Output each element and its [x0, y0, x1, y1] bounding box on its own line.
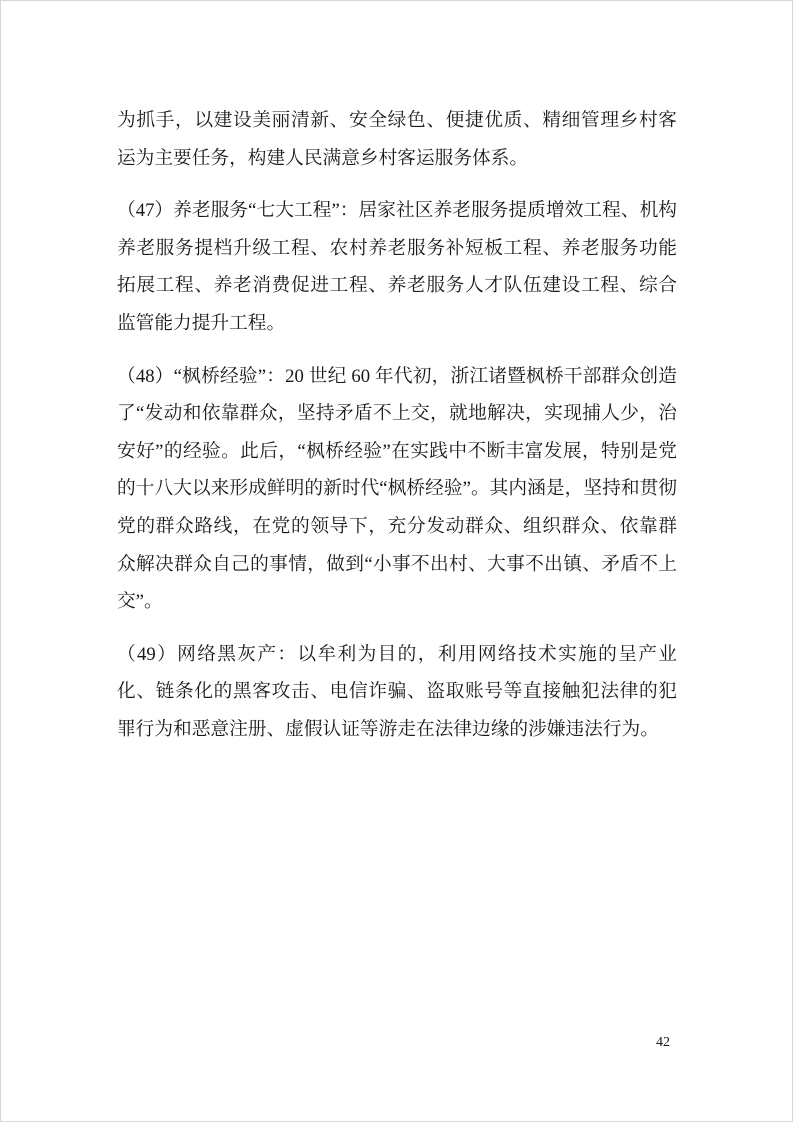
paragraph-term-48: （48）“枫桥经验”：20 世纪 60 年代初，浙江诸暨枫桥干部群众创造了“发动… — [117, 358, 677, 621]
document-page: 为抓手，以建设美丽清新、安全绿色、便捷优质、精细管理乡村客运为主要任务，构建人民… — [0, 0, 793, 1122]
page-number: 42 — [656, 1033, 670, 1053]
page-body-text: 为抓手，以建设美丽清新、安全绿色、便捷优质、精细管理乡村客运为主要任务，构建人民… — [117, 102, 677, 749]
paragraph-term-47: （47）养老服务“七大工程”：居家社区养老服务提质增效工程、机构养老服务提档升级… — [117, 192, 677, 342]
paragraph-term-49: （49）网络黑灰产：以牟利为目的，利用网络技术实施的呈产业化、链条化的黑客攻击、… — [117, 636, 677, 749]
paragraph-continuation: 为抓手，以建设美丽清新、安全绿色、便捷优质、精细管理乡村客运为主要任务，构建人民… — [117, 102, 677, 177]
